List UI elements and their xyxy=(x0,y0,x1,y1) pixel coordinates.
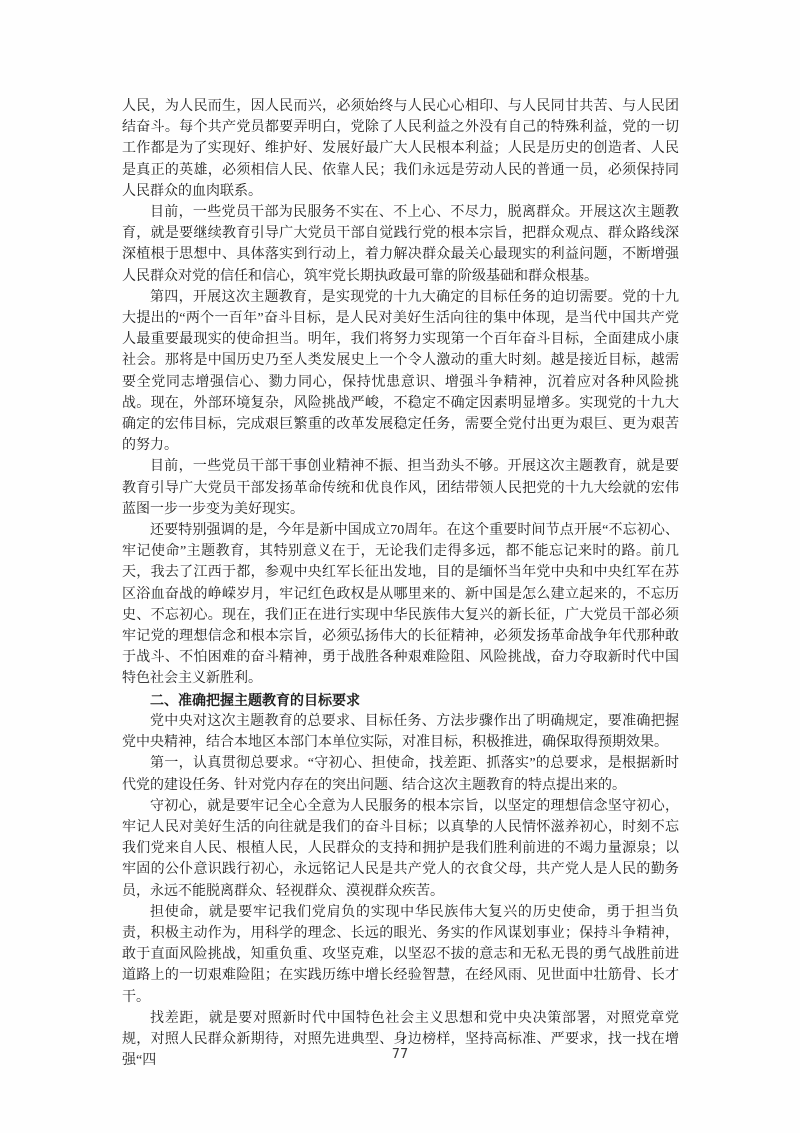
page-number: 77 xyxy=(0,1046,800,1064)
paragraph: 第四，开展这次主题教育，是实现党的十九大确定的目标任务的迫切需要。党的十九大提出… xyxy=(122,287,679,457)
paragraph: 党中央对这次主题教育的总要求、目标任务、方法步骤作出了明确规定，要准确把握党中央… xyxy=(122,711,679,753)
paragraph: 第一，认真贯彻总要求。“守初心、担使命，找差距、抓落实”的总要求，是根据新时代党… xyxy=(122,753,679,795)
paragraph: 担使命，就是要牢记我们党肩负的实现中华民族伟大复兴的历史使命，勇于担当负责，积极… xyxy=(122,902,679,1008)
document-page: 人民，为人民而生，因人民而兴，必须始终与人民心心相印、与人民同甘共苦、与人民团结… xyxy=(0,0,800,1133)
paragraph: 守初心，就是要牢记全心全意为人民服务的根本宗旨，以坚定的理想信念坚守初心，牢记人… xyxy=(122,796,679,902)
paragraph: 还要特别强调的是，今年是新中国成立70周年。在这个重要时间节点开展“不忘初心、牢… xyxy=(122,520,679,690)
paragraph: 目前，一些党员干部干事创业精神不振、担当劲头不够。开展这次主题教育，就是要教育引… xyxy=(122,456,679,520)
section-heading: 二、准确把握主题教育的目标要求 xyxy=(122,690,679,711)
text-content: 人民，为人民而生，因人民而兴，必须始终与人民心心相印、与人民同甘共苦、与人民团结… xyxy=(122,96,679,1071)
paragraph: 目前，一些党员干部为民服务不实在、不上心、不尽力，脱离群众。开展这次主题教育，就… xyxy=(122,202,679,287)
paragraph: 人民，为人民而生，因人民而兴，必须始终与人民心心相印、与人民同甘共苦、与人民团结… xyxy=(122,96,679,202)
